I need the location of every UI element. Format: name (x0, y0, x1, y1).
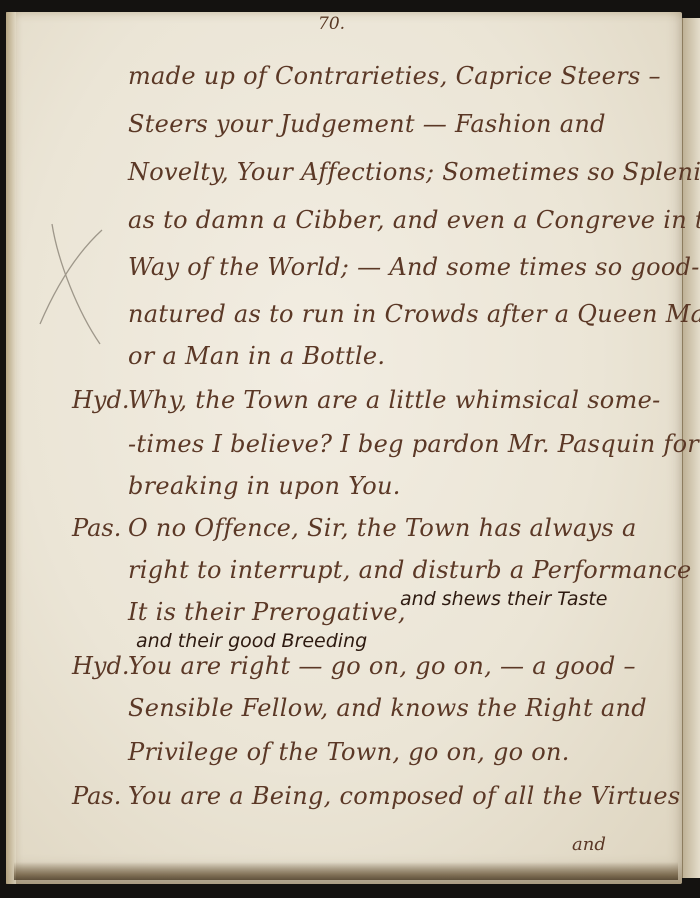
page-number: 70. (318, 14, 345, 34)
text-line: O no Offence, Sir, the Town has always a (128, 514, 637, 542)
text-line: Privilege of the Town, go on, go on. (128, 738, 570, 766)
page-left-edge (6, 12, 16, 884)
speaker-label-hyd: Hyd. (72, 652, 129, 680)
text-line: made up of Contrarieties, Caprice Steers… (128, 62, 661, 90)
text-line: as to damn a Cibber, and even a Congreve… (128, 206, 700, 234)
speaker-label-hyd: Hyd. (72, 386, 129, 414)
text-line: Why, the Town are a little whimsical som… (128, 386, 661, 414)
catchword: and (572, 834, 606, 855)
text-line: -times I believe? I beg pardon Mr. Pasqu… (128, 430, 699, 458)
text-line: natured as to run in Crowds after a Quee… (128, 300, 700, 328)
pencil-x-mark-icon (38, 222, 106, 348)
text-line: or a Man in a Bottle. (128, 342, 385, 370)
text-line: right to interrupt, and disturb a Perfor… (128, 556, 700, 584)
text-line: Way of the World; — And some times so go… (128, 253, 700, 281)
text-line: Steers your Judgement — Fashion and (128, 110, 606, 138)
text-line: You are a Being, composed of all the Vir… (128, 782, 680, 810)
text-line: Sensible Fellow, and knows the Right and (128, 694, 647, 722)
text-line: You are right — go on, go on, — a good – (128, 652, 636, 680)
speaker-label-pas: Pas. (72, 514, 121, 542)
interlinear-insertion: and their good Breeding (136, 630, 367, 652)
speaker-label-pas: Pas. (72, 782, 121, 810)
page-bottom-stain (14, 862, 678, 880)
interlinear-insertion: and shews their Taste (400, 588, 608, 610)
text-line: It is their Prerogative, (128, 598, 406, 626)
text-line: Novelty, Your Affections; Sometimes so S… (128, 158, 700, 186)
text-line: breaking in upon You. (128, 472, 401, 500)
